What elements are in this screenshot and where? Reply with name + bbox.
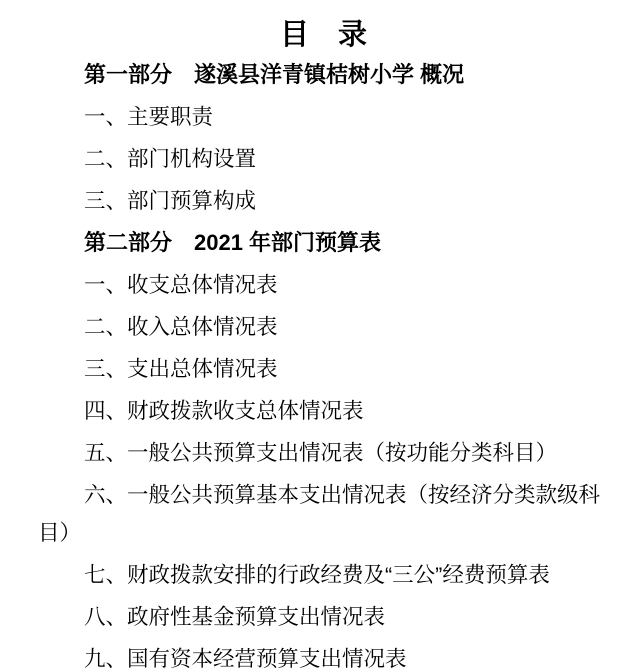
toc-part1-heading: 第一部分 遂溪县洋青镇桔树小学 概况: [38, 56, 609, 94]
toc-item-p1-3: 三、部门预算构成: [38, 182, 609, 220]
page-title: 目 录: [38, 14, 609, 56]
toc-item-p2-4: 四、财政拨款收支总体情况表: [38, 392, 609, 430]
toc-item-p1-1: 一、主要职责: [38, 98, 609, 136]
toc-item-p2-6-wrap: 目）: [38, 514, 609, 552]
toc-item-p2-2: 二、收入总体情况表: [38, 308, 609, 346]
toc-item-p2-8: 八、政府性基金预算支出情况表: [38, 598, 609, 636]
toc-item-p2-3: 三、支出总体情况表: [38, 350, 609, 388]
toc-item-p1-2: 二、部门机构设置: [38, 140, 609, 178]
toc-page: 目 录 第一部分 遂溪县洋青镇桔树小学 概况 一、主要职责 二、部门机构设置 三…: [0, 0, 643, 670]
toc-item-p2-7: 七、财政拨款安排的行政经费及“三公”经费预算表: [38, 556, 609, 594]
toc-item-p2-9: 九、国有资本经营预算支出情况表: [38, 640, 609, 670]
toc-item-p2-6: 六、一般公共预算基本支出情况表（按经济分类款级科: [38, 476, 609, 514]
toc-item-p2-5: 五、一般公共预算支出情况表（按功能分类科目）: [38, 434, 609, 472]
toc-part2-heading: 第二部分 2021 年部门预算表: [38, 224, 609, 262]
toc-item-p2-1: 一、收支总体情况表: [38, 266, 609, 304]
